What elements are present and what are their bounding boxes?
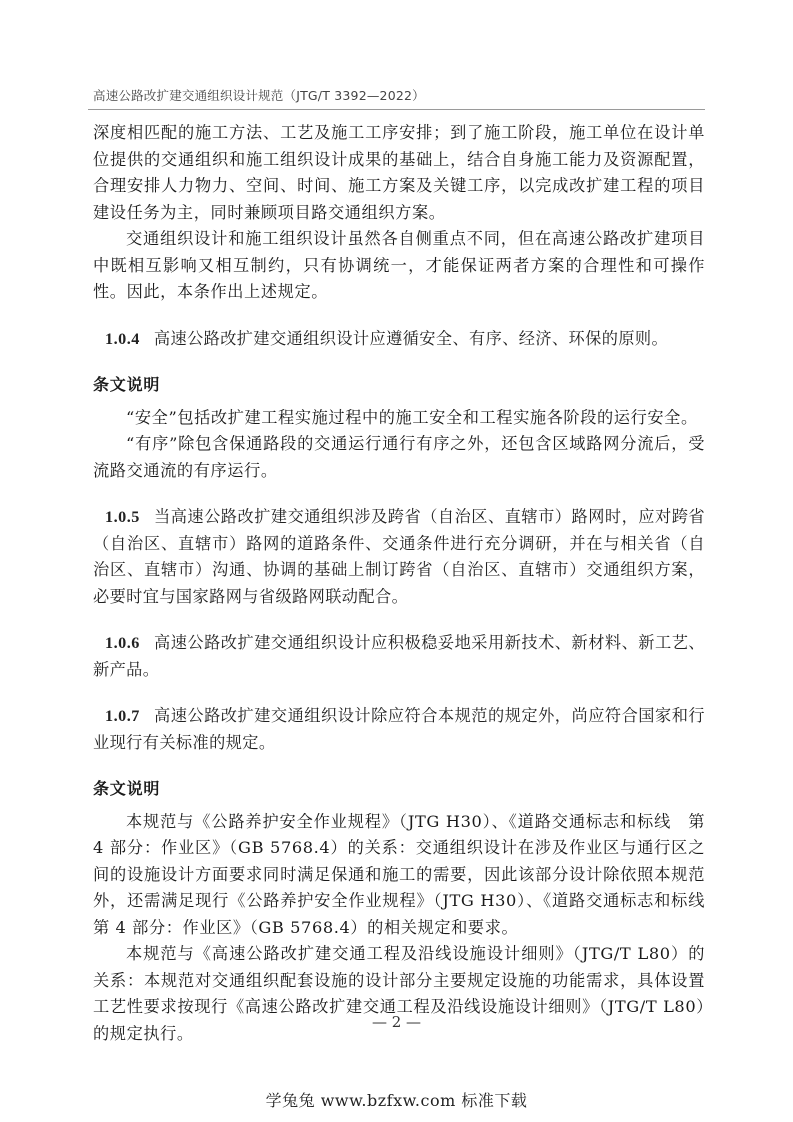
clause-text: 高速公路改扩建交通组织设计应积极稳妥地采用新技术、新材料、新工艺、新产品。 xyxy=(93,633,705,679)
explanation-paragraph: “安全”包括改扩建工程实施过程中的施工安全和工程实施各阶段的运行安全。 xyxy=(93,405,705,432)
running-header: 高速公路改扩建交通组织设计规范（JTG/T 3392—2022） xyxy=(93,86,425,104)
explanation-paragraph: 本规范与《公路养护安全作业规程》（JTG H30）、《道路交通标志和标线 第 4… xyxy=(93,809,705,942)
document-page: 高速公路改扩建交通组织设计规范（JTG/T 3392—2022） 深度相匹配的施… xyxy=(0,0,793,1122)
explanation-heading: 条文说明 xyxy=(93,776,705,803)
continued-paragraph: 深度相匹配的施工方法、工艺及施工工序安排；到了施工阶段，施工单位在设计单位提供的… xyxy=(93,120,705,226)
explanation-heading: 条文说明 xyxy=(93,372,705,399)
page-number: — 2 — xyxy=(0,1013,793,1031)
clause-number: 1.0.4 xyxy=(105,330,140,348)
clause-text: 当高速公路改扩建交通组织涉及跨省（自治区、直辖市）路网时，应对跨省（自治区、直辖… xyxy=(93,507,705,606)
watermark-text: 学兔兔 www.bzfxw.com 标准下载 xyxy=(0,1088,793,1111)
page-body: 深度相匹配的施工方法、工艺及施工工序安排；到了施工阶段，施工单位在设计单位提供的… xyxy=(93,120,705,1047)
clause-number: 1.0.5 xyxy=(105,508,140,526)
clause-1-0-4: 1.0.4高速公路改扩建交通组织设计应遵循安全、有序、经济、环保的原则。 xyxy=(93,326,705,353)
clause-1-0-7: 1.0.7高速公路改扩建交通组织设计除应符合本规范的规定外，尚应符合国家和行业现… xyxy=(93,703,705,756)
explanation-paragraph: “有序”除包含保通路段的交通运行通行有序之外，还包含区域路网分流后，受流路交通流… xyxy=(93,431,705,484)
paragraph: 交通组织设计和施工组织设计虽然各自侧重点不同，但在高速公路改扩建项目中既相互影响… xyxy=(93,226,705,306)
clause-number: 1.0.7 xyxy=(105,707,140,725)
clause-1-0-5: 1.0.5当高速公路改扩建交通组织涉及跨省（自治区、直辖市）路网时，应对跨省（自… xyxy=(93,504,705,610)
clause-text: 高速公路改扩建交通组织设计应遵循安全、有序、经济、环保的原则。 xyxy=(154,329,668,348)
clause-number: 1.0.6 xyxy=(105,634,140,652)
explanation-paragraph: 本规范与《高速公路改扩建交通工程及沿线设施设计细则》（JTG/T L80）的关系… xyxy=(93,941,705,1047)
clause-1-0-6: 1.0.6高速公路改扩建交通组织设计应积极稳妥地采用新技术、新材料、新工艺、新产… xyxy=(93,630,705,683)
clause-text: 高速公路改扩建交通组织设计除应符合本规范的规定外，尚应符合国家和行业现行有关标准… xyxy=(93,706,705,752)
header-divider xyxy=(88,109,705,110)
